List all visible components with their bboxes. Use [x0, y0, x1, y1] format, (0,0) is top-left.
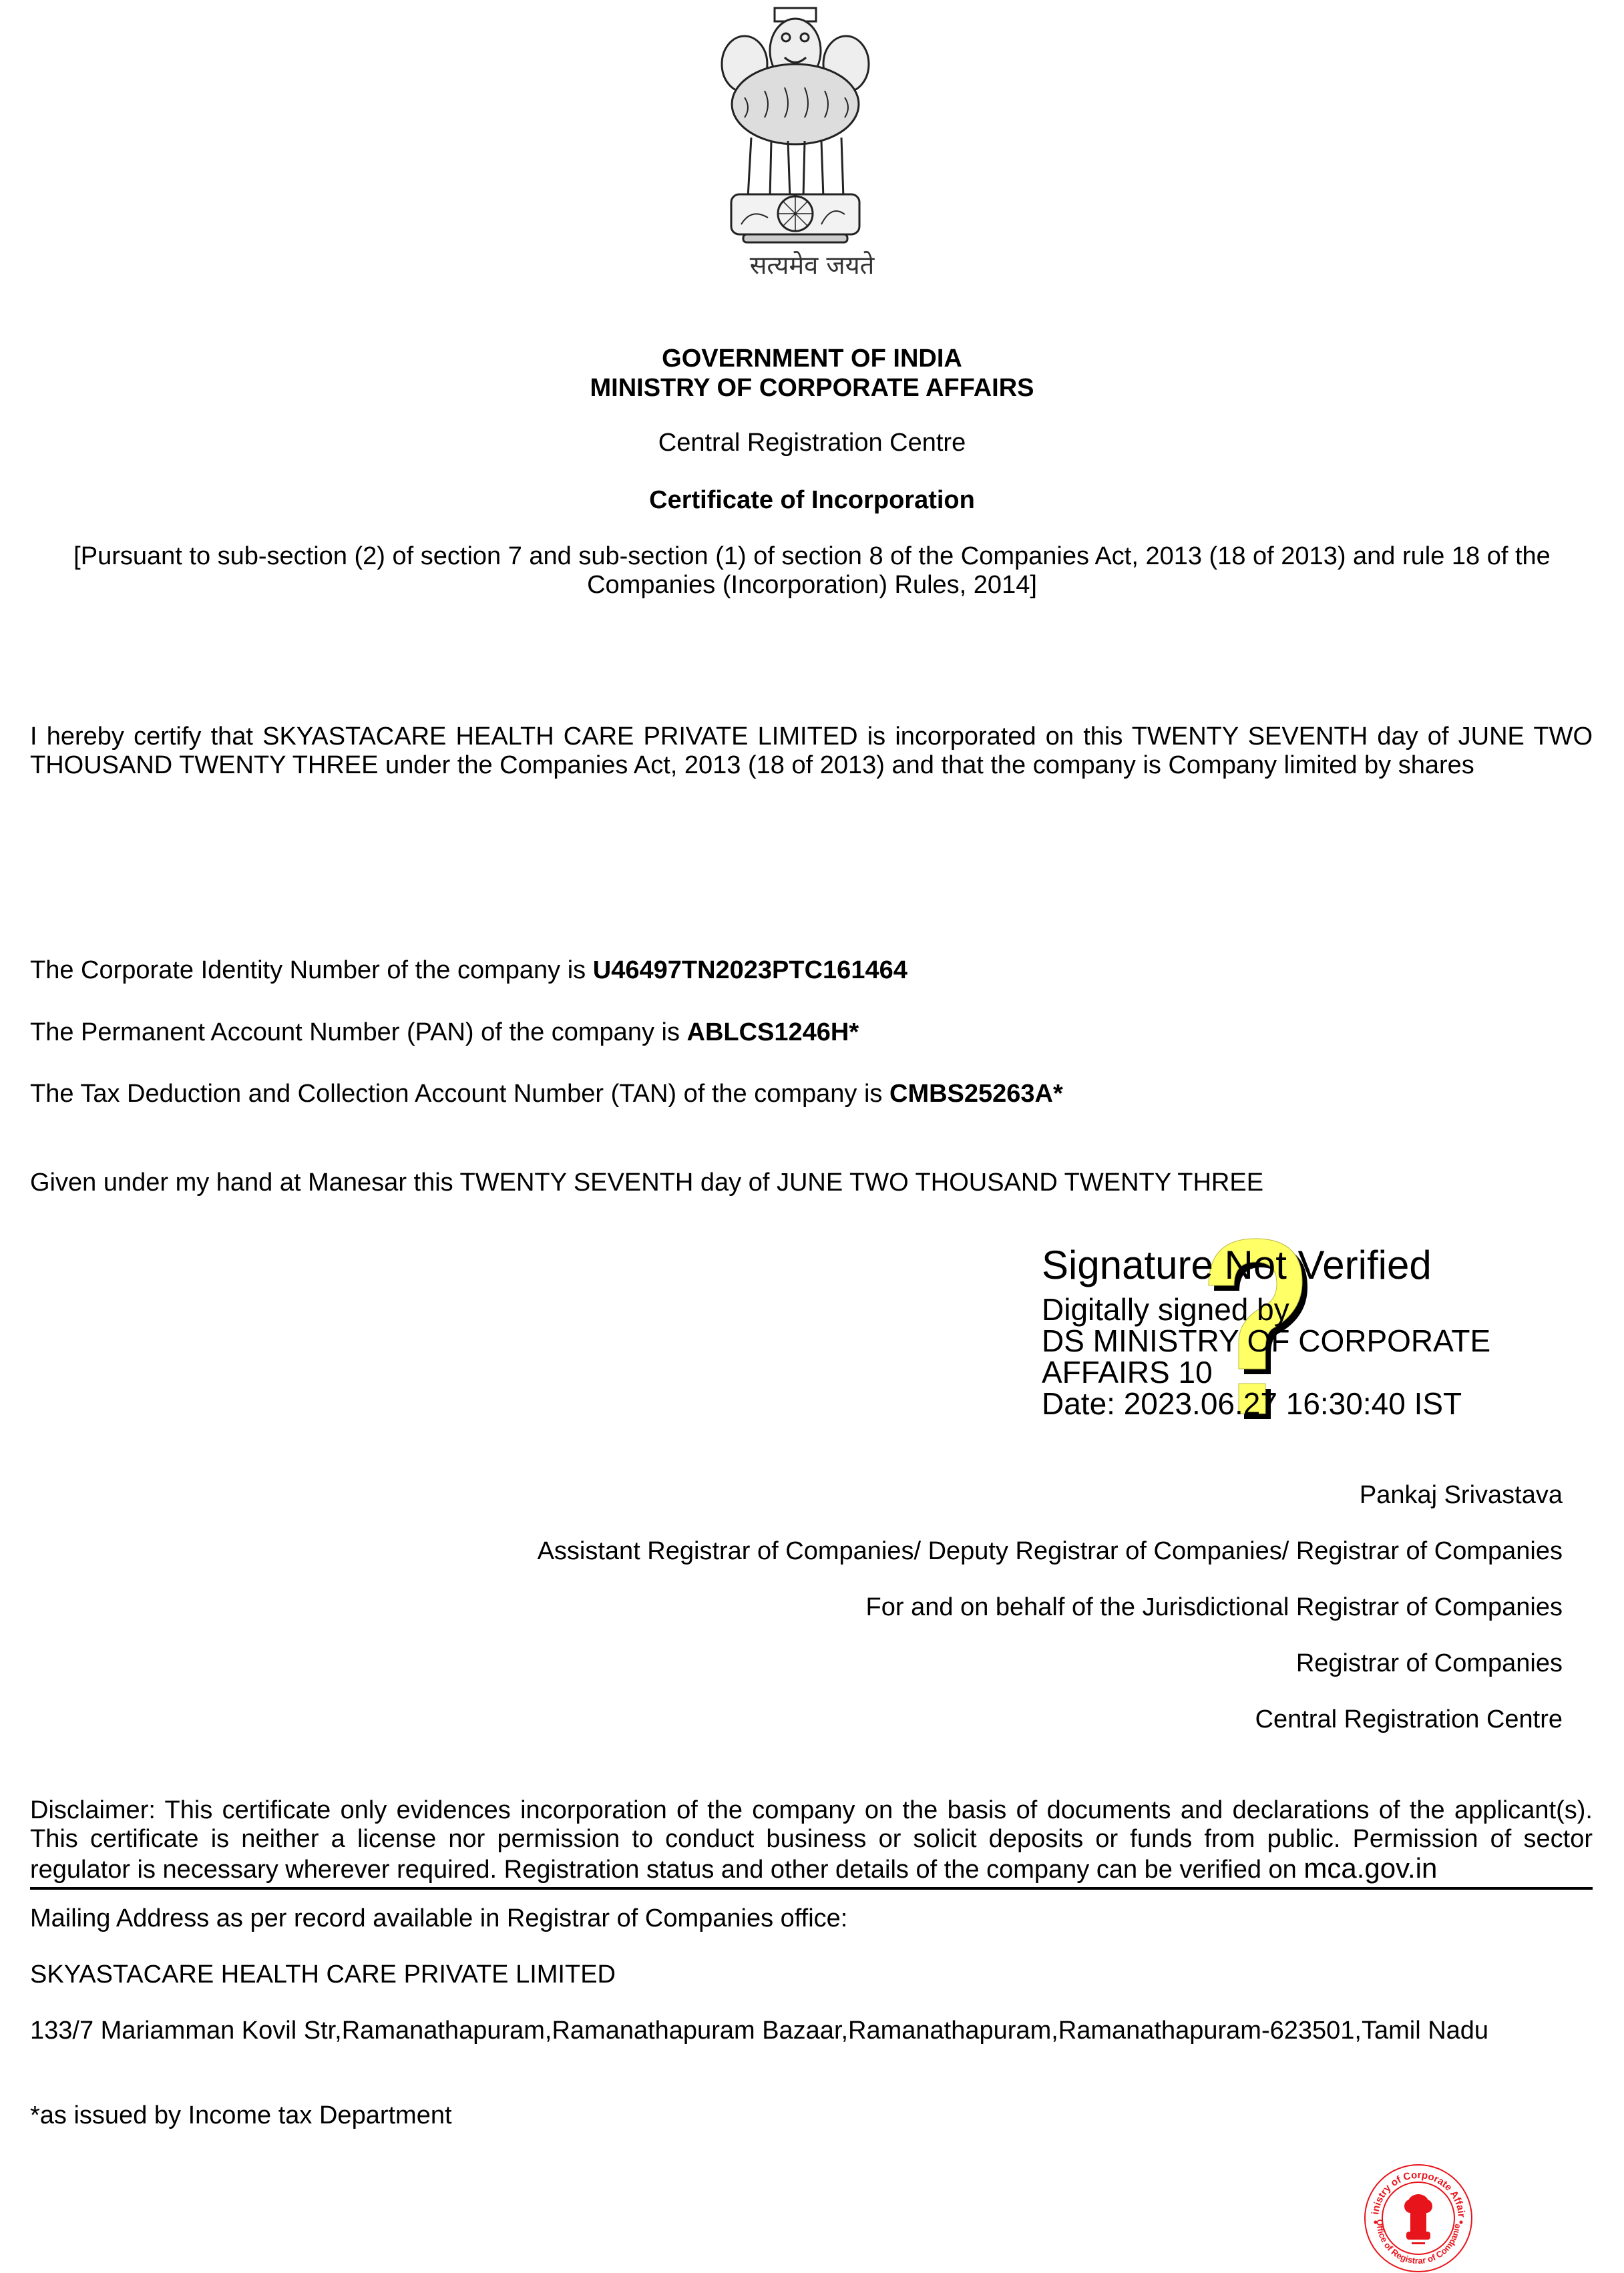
pan-label: The Permanent Account Number (PAN) of th… [30, 1018, 687, 1046]
digital-signature-block: Signature Not Verified Digitally signed … [1042, 1243, 1576, 1420]
pan-value: ABLCS1246H* [687, 1018, 859, 1046]
certificate-title: Certificate of Incorporation [0, 485, 1624, 515]
cin-value: U46497TN2023PTC161464 [593, 956, 907, 984]
mailing-label: Mailing Address as per record available … [30, 1904, 1593, 1933]
tan-value: CMBS25263A* [889, 1080, 1063, 1108]
header-centre: Central Registration Centre [0, 429, 1624, 457]
cin-line: The Corporate Identity Number of the com… [30, 956, 1593, 985]
given-under-line: Given under my hand at Manesar this TWEN… [30, 1169, 1593, 1197]
signature-status: Signature Not Verified [1042, 1243, 1576, 1287]
certification-paragraph: I hereby certify that SKYASTACARE HEALTH… [30, 722, 1593, 780]
registrar-centre: Central Registration Centre [1255, 1705, 1563, 1734]
footnote: *as issued by Income tax Department [30, 2101, 1593, 2130]
mailing-company: SKYASTACARE HEALTH CARE PRIVATE LIMITED [30, 1960, 1593, 1989]
header-ministry: MINISTRY OF CORPORATE AFFAIRS [0, 373, 1624, 403]
tan-line: The Tax Deduction and Collection Account… [30, 1080, 1593, 1108]
signature-date: Date: 2023.06.27 16:30:40 IST [1042, 1388, 1576, 1420]
pan-line: The Permanent Account Number (PAN) of th… [30, 1018, 1593, 1047]
emblem-motto: सत्यमेव जयते [0, 247, 1624, 282]
signature-signer-line2: AFFAIRS 10 [1042, 1357, 1576, 1388]
registrar-seal-icon: Ministry of Corporate Affairs Office of … [1362, 2162, 1474, 2273]
registrar-behalf: For and on behalf of the Jurisdictional … [866, 1593, 1563, 1622]
registrar-designation: Assistant Registrar of Companies/ Deputy… [538, 1537, 1563, 1566]
mca-link[interactable]: mca.gov.in [1303, 1852, 1437, 1884]
cin-label: The Corporate Identity Number of the com… [30, 956, 593, 984]
divider [30, 1887, 1593, 1890]
national-emblem-icon [711, 4, 878, 244]
registrar-name: Pankaj Srivastava [1360, 1481, 1563, 1510]
header-government: GOVERNMENT OF INDIA [0, 344, 1624, 373]
disclaimer: Disclaimer: This certificate only eviden… [30, 1796, 1593, 1884]
registrar-office: Registrar of Companies [1296, 1649, 1563, 1678]
pursuant-note: [Pursuant to sub-section (2) of section … [40, 542, 1584, 600]
signature-signed-by: Digitally signed by [1042, 1294, 1576, 1325]
signature-signer-line1: DS MINISTRY OF CORPORATE [1042, 1325, 1576, 1357]
mailing-address: 133/7 Mariamman Kovil Str,Ramanathapuram… [30, 2017, 1593, 2045]
tan-label: The Tax Deduction and Collection Account… [30, 1080, 889, 1108]
